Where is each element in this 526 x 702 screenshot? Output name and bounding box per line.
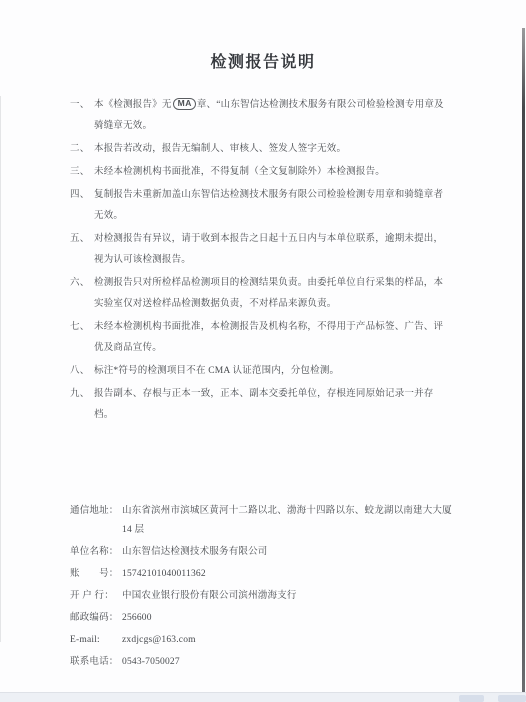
item-text: 本《检测报告》无MA章、“山东智信达检测技术服务有限公司检验检测专用章及骑缝章无… bbox=[94, 95, 446, 137]
contact-label: 开 户 行： bbox=[70, 587, 122, 606]
scrollbar-fragment[interactable] bbox=[498, 695, 526, 702]
scrollbar-fragment[interactable] bbox=[459, 695, 484, 702]
list-item: 六、 检测报告只对所检样品检测项目的检测结果负责。由委托单位自行采集的样品，本实… bbox=[70, 273, 460, 315]
contact-value: zxdjcgs@163.com bbox=[122, 631, 452, 650]
list-item: 一、 本《检测报告》无MA章、“山东智信达检测技术服务有限公司检验检测专用章及骑… bbox=[70, 95, 460, 137]
contact-label: 账 号： bbox=[70, 565, 122, 584]
item-number: 八、 bbox=[70, 361, 94, 382]
list-item: 九、 报告副本、存根与正本一致，正本、副本交委托单位，存根连同原始记录一并存档。 bbox=[70, 384, 460, 426]
scan-left-edge-shadow bbox=[0, 96, 1, 642]
contact-row-company-name: 单位名称： 山东智信达检测技术服务有限公司 bbox=[70, 543, 526, 562]
contact-row-email: E-mail: zxdjcgs@163.com bbox=[70, 631, 526, 650]
page-title: 检测报告说明 bbox=[0, 53, 526, 73]
list-item: 四、 复制报告未重新加盖山东智信达检测技术服务有限公司检验检测专用章和骑缝章者无… bbox=[70, 185, 460, 227]
item-number: 六、 bbox=[70, 273, 94, 315]
contact-value: 山东智信达检测技术服务有限公司 bbox=[122, 543, 452, 562]
item-text: 报告副本、存根与正本一致，正本、副本交委托单位，存根连同原始记录一并存档。 bbox=[94, 384, 446, 426]
contact-value: 256600 bbox=[122, 609, 452, 628]
item-text: 对检测报告有异议，请于收到本报告之日起十五日内与本单位联系，逾期未提出，视为认可… bbox=[94, 229, 446, 271]
contact-row-bank: 开 户 行： 中国农业银行股份有限公司滨州渤海支行 bbox=[70, 587, 526, 606]
notes-list: 一、 本《检测报告》无MA章、“山东智信达检测技术服务有限公司检验检测专用章及骑… bbox=[70, 95, 460, 426]
list-item: 三、 未经本检测机构书面批准，不得复制（全文复制除外）本检测报告。 bbox=[70, 162, 460, 183]
item-text: 本报告若改动，报告无编制人、审核人、签发人签字无效。 bbox=[94, 139, 446, 160]
item-number: 七、 bbox=[70, 317, 94, 359]
item-number: 三、 bbox=[70, 162, 94, 183]
contact-value: 中国农业银行股份有限公司滨州渤海支行 bbox=[122, 587, 452, 606]
item-number: 九、 bbox=[70, 384, 94, 426]
item-number: 四、 bbox=[70, 185, 94, 227]
item-text-pre: 本《检测报告》无 bbox=[94, 100, 172, 110]
contact-value: 山东省滨州市滨城区黄河十二路以北、渤海十四路以东、蛟龙湖以南建大大厦14 层 bbox=[122, 502, 452, 540]
contact-label: E-mail: bbox=[70, 631, 122, 650]
item-text: 未经本检测机构书面批准，本检测报告及机构名称，不得用于产品标签、广告、评优及商品… bbox=[94, 317, 446, 359]
contact-label: 单位名称： bbox=[70, 543, 122, 562]
item-number: 一、 bbox=[70, 95, 94, 137]
item-number: 五、 bbox=[70, 229, 94, 271]
contact-label: 通信地址： bbox=[70, 502, 122, 540]
contact-label: 联系电话： bbox=[70, 653, 122, 672]
cma-stamp-icon: MA bbox=[173, 98, 196, 110]
contact-label: 邮政编码： bbox=[70, 609, 122, 628]
contact-row-postal-code: 邮政编码： 256600 bbox=[70, 609, 526, 628]
list-item: 八、 标注*符号的检测项目不在 CMA 认证范围内，分包检测。 bbox=[70, 361, 460, 382]
window-bottom-strip bbox=[0, 692, 526, 702]
scanned-report-page: 检测报告说明 一、 本《检测报告》无MA章、“山东智信达检测技术服务有限公司检验… bbox=[0, 0, 526, 702]
item-text: 标注*符号的检测项目不在 CMA 认证范围内，分包检测。 bbox=[94, 361, 446, 382]
list-item: 五、 对检测报告有异议，请于收到本报告之日起十五日内与本单位联系，逾期未提出，视… bbox=[70, 229, 460, 271]
contact-block: 通信地址： 山东省滨州市滨城区黄河十二路以北、渤海十四路以东、蛟龙湖以南建大大厦… bbox=[70, 502, 526, 672]
contact-row-address: 通信地址： 山东省滨州市滨城区黄河十二路以北、渤海十四路以东、蛟龙湖以南建大大厦… bbox=[70, 502, 526, 540]
item-text: 检测报告只对所检样品检测项目的检测结果负责。由委托单位自行采集的样品，本实验室仅… bbox=[94, 273, 446, 315]
contact-value: 0543-7050027 bbox=[122, 653, 452, 672]
item-number: 二、 bbox=[70, 139, 94, 160]
contact-row-phone: 联系电话： 0543-7050027 bbox=[70, 653, 526, 672]
contact-value: 15742101040011362 bbox=[122, 565, 452, 584]
list-item: 二、 本报告若改动，报告无编制人、审核人、签发人签字无效。 bbox=[70, 139, 460, 160]
list-item: 七、 未经本检测机构书面批准，本检测报告及机构名称，不得用于产品标签、广告、评优… bbox=[70, 317, 460, 359]
item-text: 未经本检测机构书面批准，不得复制（全文复制除外）本检测报告。 bbox=[94, 162, 446, 183]
contact-row-account-number: 账 号： 15742101040011362 bbox=[70, 565, 526, 584]
scan-right-edge-shadow bbox=[522, 28, 525, 692]
item-text: 复制报告未重新加盖山东智信达检测技术服务有限公司检验检测专用章和骑缝章者无效。 bbox=[94, 185, 446, 227]
